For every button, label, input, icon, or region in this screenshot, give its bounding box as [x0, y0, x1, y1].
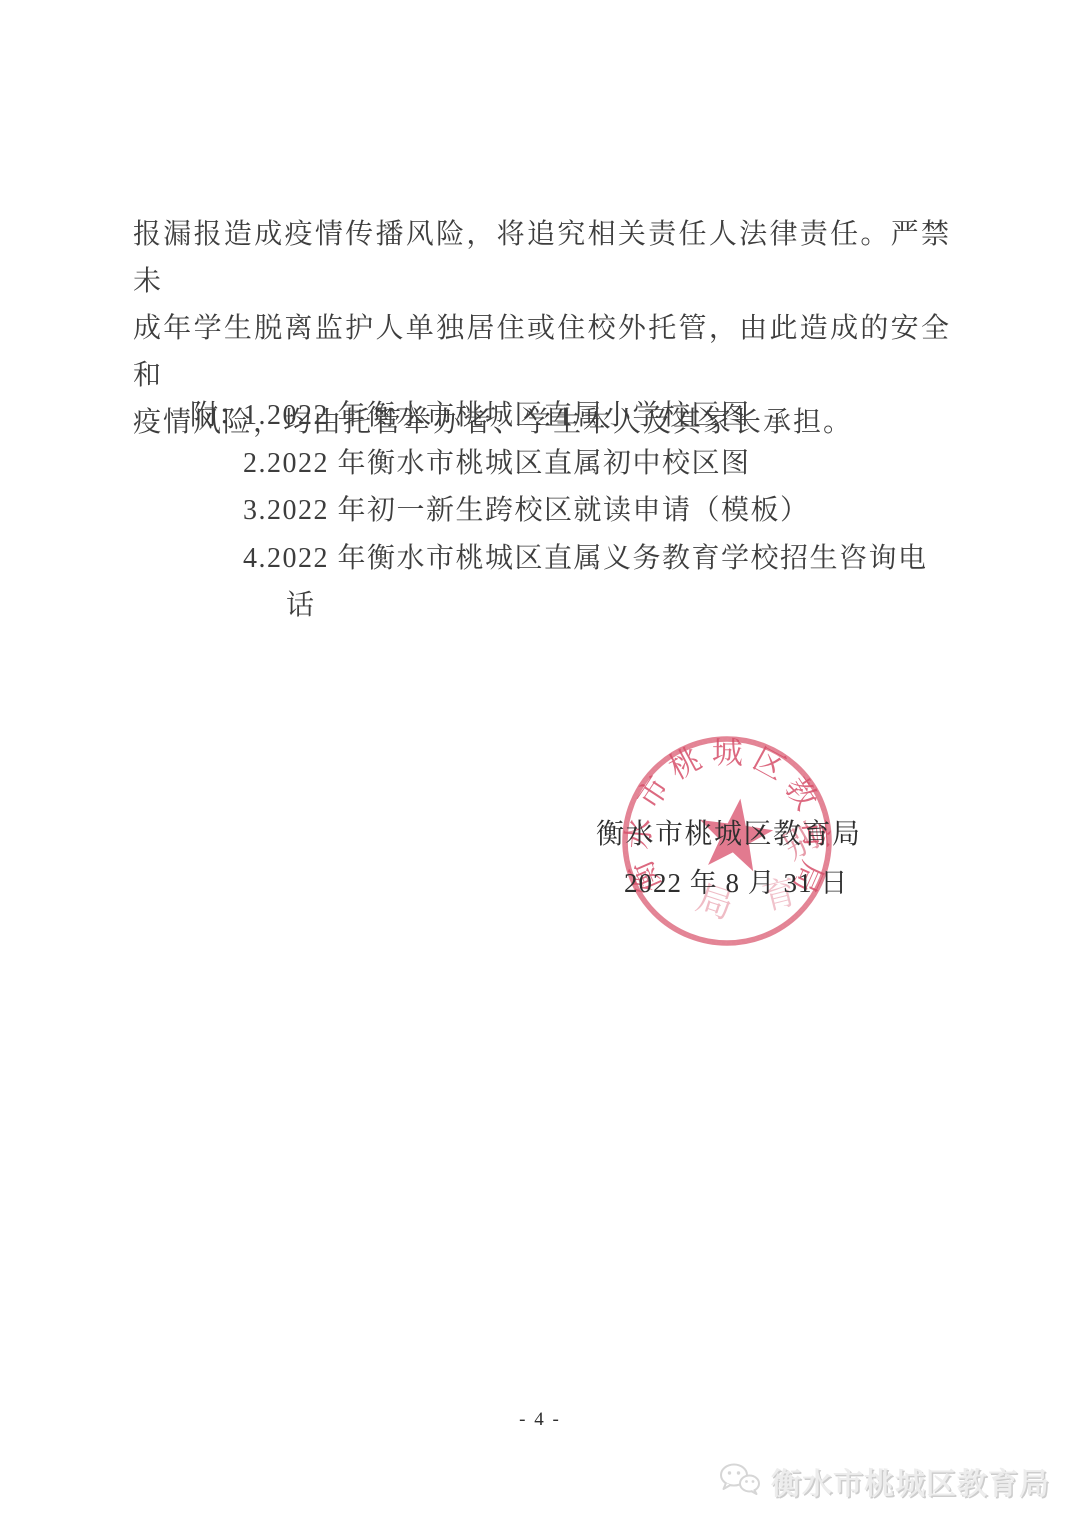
attachment-item: 3.2022 年初一新生跨校区就读申请（模板）: [243, 495, 810, 526]
attachment-row: 3.2022 年初一新生跨校区就读申请（模板）: [190, 487, 928, 535]
attachment-row: 2.2022 年衡水市桃城区直属初中校区图: [190, 440, 928, 488]
attachment-item: 1.2022 年衡水市桃城区直属小学校区图: [243, 400, 751, 431]
signature-date: 2022 年 8 月 31 日: [624, 861, 848, 900]
attachment-list: 附：1.2022 年衡水市桃城区直属小学校区图 2.2022 年衡水市桃城区直属…: [190, 392, 928, 630]
attachment-row-wrap: 话: [190, 582, 928, 630]
attachment-row: 附：1.2022 年衡水市桃城区直属小学校区图: [190, 392, 928, 440]
document-page: 报漏报造成疫情传播风险，将追究相关责任人法律责任。严禁未 成年学生脱离监护人单独…: [0, 0, 1080, 1526]
attachment-item: 2.2022 年衡水市桃城区直属初中校区图: [243, 448, 751, 479]
watermark-text: 衡水市桃城区教育局: [771, 1459, 1050, 1503]
attachment-label: 附：: [190, 392, 243, 440]
attachment-row: 4.2022 年衡水市桃城区直属义务教育学校招生咨询电: [190, 535, 928, 583]
wechat-watermark: 衡水市桃城区教育局: [718, 1459, 1050, 1503]
page-number: - 4 -: [0, 1409, 1080, 1431]
body-line: 报漏报造成疫情传播风险，将追究相关责任人法律责任。严禁未: [133, 211, 951, 305]
signature-org: 衡水市桃城区教育局: [596, 812, 862, 852]
body-line: 成年学生脱离监护人单独居住或住校外托管，由此造成的安全和: [133, 305, 951, 399]
attachment-item-wrap: 话: [286, 590, 316, 621]
wechat-icon: [718, 1462, 762, 1500]
attachment-item: 4.2022 年衡水市桃城区直属义务教育学校招生咨询电: [243, 543, 928, 574]
